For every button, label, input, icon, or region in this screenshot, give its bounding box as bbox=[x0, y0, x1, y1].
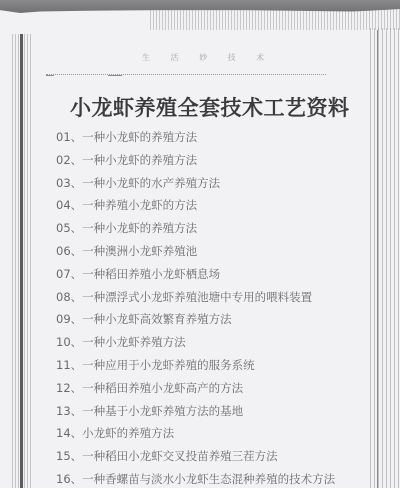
table-of-contents: 01、一种小龙虾的养殖方法 02、一种小龙虾的养殖方法 03、一种小龙虾的水产养… bbox=[56, 130, 335, 488]
toc-item-text: 一种漂浮式小龙虾养殖池塘中专用的喂料装置 bbox=[82, 290, 312, 304]
toc-item: 08、一种漂浮式小龙虾养殖池塘中专用的喂料装置 bbox=[56, 290, 335, 313]
toc-item-text: 一种小龙虾养殖方法 bbox=[82, 335, 186, 349]
toc-item: 16、一种香螺苗与淡水小龙虾生态混种养殖的技术方法 bbox=[56, 472, 335, 488]
toc-item-text: 一种澳洲小龙虾养殖池 bbox=[82, 244, 197, 258]
toc-item: 11、一种应用于小龙虾养殖的服务系统 bbox=[56, 358, 335, 381]
toc-item-number: 06、 bbox=[56, 244, 82, 258]
toc-item-text: 一种稻田养殖小龙虾栖息场 bbox=[82, 267, 220, 281]
toc-item-text: 一种小龙虾的养殖方法 bbox=[82, 153, 197, 167]
toc-item-text: 一种稻田小龙虾交叉投苗养殖三茬方法 bbox=[82, 449, 278, 463]
toc-item: 01、一种小龙虾的养殖方法 bbox=[56, 130, 335, 153]
header-rule-dash bbox=[46, 75, 54, 76]
toc-item: 10、一种小龙虾养殖方法 bbox=[56, 335, 335, 358]
toc-item: 05、一种小龙虾的养殖方法 bbox=[56, 221, 335, 244]
toc-item-text: 一种小龙虾的养殖方法 bbox=[82, 130, 197, 144]
toc-item-number: 11、 bbox=[56, 358, 82, 372]
toc-item: 09、一种小龙虾高效繁育养殖方法 bbox=[56, 312, 335, 335]
toc-item: 04、一种养殖小龙虾的方法 bbox=[56, 198, 335, 221]
toc-item-number: 13、 bbox=[56, 404, 82, 418]
toc-item-text: 一种小龙虾的水产养殖方法 bbox=[82, 176, 220, 190]
toc-item-number: 01、 bbox=[56, 130, 82, 144]
toc-item-number: 16、 bbox=[56, 472, 82, 486]
toc-item-number: 10、 bbox=[56, 335, 82, 349]
header-rule bbox=[46, 74, 326, 76]
toc-item: 13、一种基于小龙虾养殖方法的基地 bbox=[56, 404, 335, 427]
book-spine bbox=[20, 34, 23, 488]
page-right-edge-texture bbox=[370, 28, 400, 488]
toc-item-text: 一种基于小龙虾养殖方法的基地 bbox=[82, 404, 243, 418]
toc-item-number: 12、 bbox=[56, 381, 82, 395]
toc-item: 15、一种稻田小龙虾交叉投苗养殖三茬方法 bbox=[56, 449, 335, 472]
toc-item: 03、一种小龙虾的水产养殖方法 bbox=[56, 176, 335, 199]
toc-item-text: 一种养殖小龙虾的方法 bbox=[82, 198, 197, 212]
toc-item-number: 04、 bbox=[56, 198, 82, 212]
toc-item-text: 一种香螺苗与淡水小龙虾生态混种养殖的技术方法 bbox=[82, 472, 335, 486]
toc-item: 02、一种小龙虾的养殖方法 bbox=[56, 153, 335, 176]
toc-item-number: 14、 bbox=[56, 426, 82, 440]
toc-item-number: 02、 bbox=[56, 153, 82, 167]
toc-item-text: 一种小龙虾的养殖方法 bbox=[82, 221, 197, 235]
toc-item-text: 一种应用于小龙虾养殖的服务系统 bbox=[82, 358, 255, 372]
toc-item: 07、一种稻田养殖小龙虾栖息场 bbox=[56, 267, 335, 290]
toc-item-number: 03、 bbox=[56, 176, 82, 190]
document-title: 小龙虾养殖全套技术工艺资料 bbox=[70, 92, 350, 122]
toc-item: 12、一种稻田养殖小龙虾高产的方法 bbox=[56, 381, 335, 404]
toc-item: 06、一种澳洲小龙虾养殖池 bbox=[56, 244, 335, 267]
page-right-edge bbox=[377, 30, 378, 488]
toc-item-number: 07、 bbox=[56, 267, 82, 281]
toc-item-number: 05、 bbox=[56, 221, 82, 235]
running-header: 生 活 妙 技 术 bbox=[142, 52, 252, 63]
toc-item-number: 15、 bbox=[56, 449, 82, 463]
toc-item-text: 小龙虾的养殖方法 bbox=[82, 426, 174, 440]
toc-item: 14、小龙虾的养殖方法 bbox=[56, 426, 335, 449]
toc-item-text: 一种稻田养殖小龙虾高产的方法 bbox=[82, 381, 243, 395]
toc-item-number: 09、 bbox=[56, 312, 82, 326]
toc-item-number: 08、 bbox=[56, 290, 82, 304]
header-rule-dash bbox=[108, 75, 122, 76]
toc-item-text: 一种小龙虾高效繁育养殖方法 bbox=[82, 312, 232, 326]
